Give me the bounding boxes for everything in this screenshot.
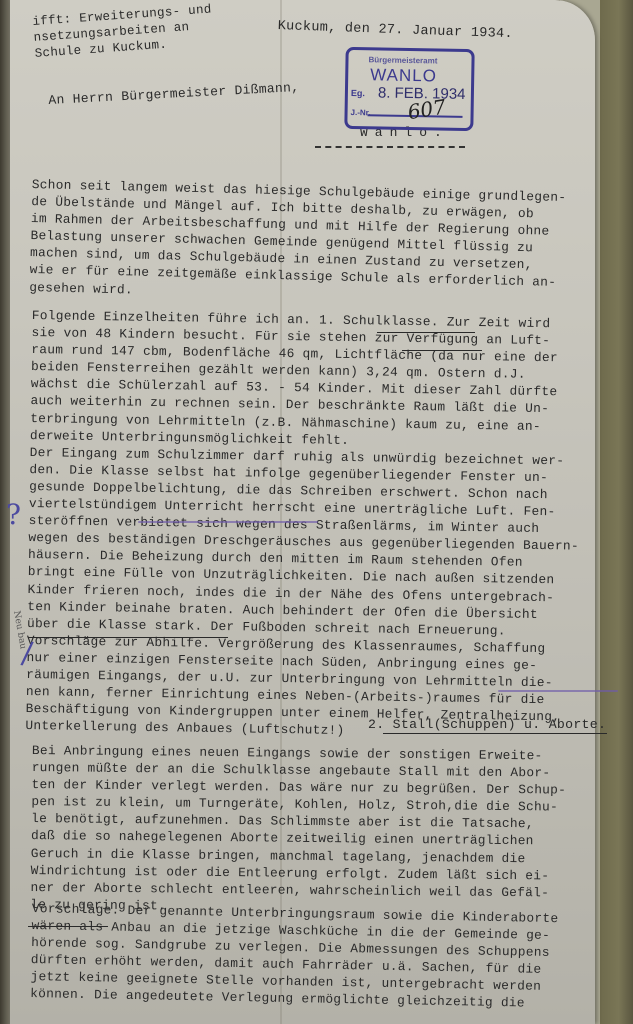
paragraph-intro: Schon seit langem weist das hiesige Schu… bbox=[29, 176, 566, 309]
paragraph-section2: Bei Anbringung eines neuen Eingangs sowi… bbox=[30, 742, 566, 919]
stamp-office: Bürgermeisteramt bbox=[368, 55, 437, 65]
underline-section2-heading bbox=[383, 733, 607, 734]
letter-page: ifft: Erweiterungs- und nsetzungsarbeite… bbox=[10, 0, 595, 1024]
underline-vorschlaege-abhilfe bbox=[28, 637, 228, 638]
place-date: Kuckum, den 27. Januar 1934. bbox=[277, 18, 513, 43]
paragraph-section2-proposals: Vorschläge. Der genannte Unterbringungsr… bbox=[30, 900, 559, 1013]
receipt-stamp: Bürgermeisteramt WANLO Eg. 8. FEB. 1934 … bbox=[344, 47, 474, 131]
town-underline bbox=[315, 146, 465, 148]
section2-heading: 2. Stall(Schuppen) u. Aborte. bbox=[368, 716, 606, 733]
stamp-date-prefix: Eg. bbox=[351, 88, 365, 98]
underline-vorschlaege bbox=[28, 926, 108, 927]
addressee: An Herrn Bürgermeister Dißmann, bbox=[48, 79, 300, 109]
stamp-city: WANLO bbox=[370, 65, 437, 86]
underline-schulklasse bbox=[377, 332, 475, 333]
pencil-underline-zentralheizung bbox=[498, 690, 618, 692]
question-mark-annotation: ? bbox=[6, 498, 21, 531]
subject-block: ifft: Erweiterungs- und nsetzungsarbeite… bbox=[32, 1, 214, 61]
pencil-underline-dreschgeraeusch bbox=[138, 521, 318, 523]
journal-number-handwritten: 607 bbox=[406, 94, 447, 124]
underline-zur-verfuegung bbox=[402, 350, 482, 351]
paragraph-section1: Folgende Einzelheiten führe ich an. 1. S… bbox=[25, 307, 582, 743]
